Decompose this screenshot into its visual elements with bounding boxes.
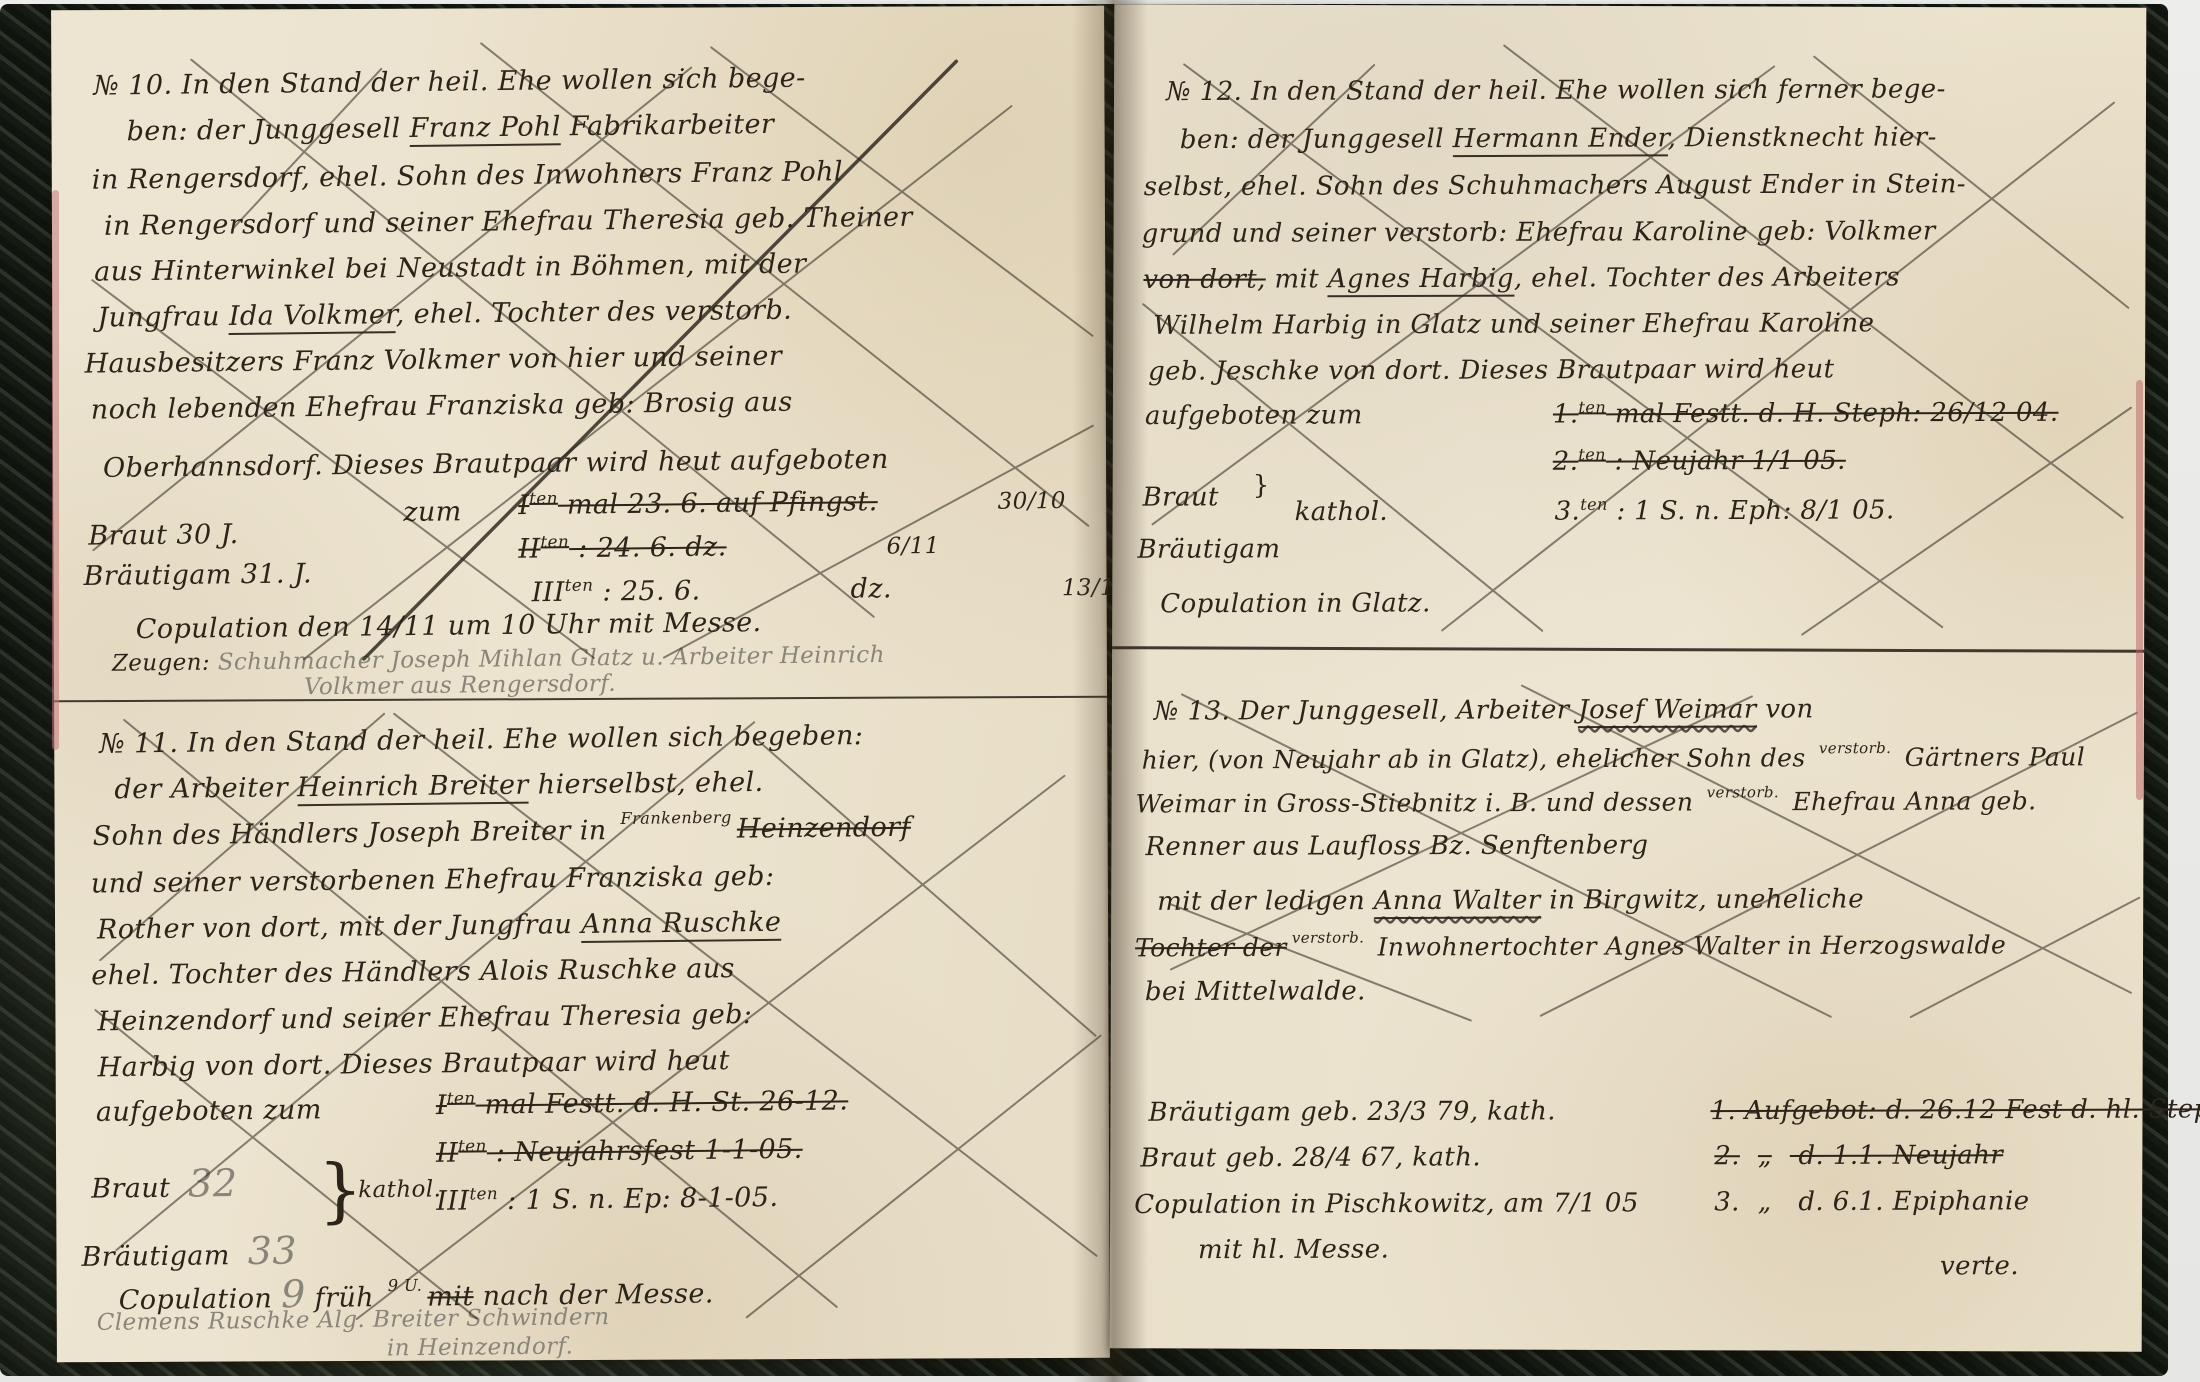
- banns-row-2: 2.ten : Neujahr 1/1 05.: [1553, 444, 1846, 477]
- banns-row-3: 3.ten : 1 S. n. Eph: 8/1 05.: [1555, 494, 1895, 527]
- pencil-note-2: in Heinzendorf.: [387, 1333, 574, 1361]
- handwritten-line: grund und seiner verstorb: Ehefrau Karol…: [1142, 216, 1936, 249]
- text-segment: ten: [1580, 495, 1608, 514]
- handwritten-line: mit der ledigen Anna Walter in Birgwitz,…: [1157, 884, 1864, 916]
- text-segment: 1.: [1553, 399, 1579, 429]
- text-segment: kathol.: [358, 1176, 441, 1203]
- handwritten-line: aufgeboten zum: [1145, 400, 1363, 431]
- text-segment: in Birgwitz, uneheliche: [1541, 884, 1864, 915]
- bride-name: Agnes Harbig: [1328, 264, 1514, 298]
- inserted-text: Frankenberg: [620, 808, 732, 828]
- mass-note: mit hl. Messe.: [1198, 1235, 1389, 1266]
- handwritten-line: Hausbesitzers Franz Volkmer von hier und…: [84, 341, 782, 380]
- text-segment: ten: [565, 575, 594, 595]
- text-segment: mit: [1266, 264, 1328, 294]
- text-segment: , ehel. Tochter des Arbeiters: [1514, 262, 1900, 293]
- handwritten-line: Tochter derverstorb. Inwohnertochter Agn…: [1135, 930, 2006, 962]
- text-segment: grund und seiner verstorb: Ehefrau Karol…: [1142, 216, 1936, 249]
- bride-name: Ida Volkmer: [229, 299, 396, 335]
- text-segment: d. 6.1. Epiphanie: [1790, 1186, 2030, 1217]
- bride-birthdate: Braut geb. 28/4 67, kath.: [1140, 1142, 1481, 1173]
- copulation-line: Copulation den 14/11 um 10 Uhr mit Messe…: [136, 607, 762, 645]
- banns-row-1: Iten mal 23. 6. auf Pfingst.30/10: [518, 482, 1066, 521]
- text-segment: 2.: [1714, 1141, 1740, 1171]
- text-segment: aus Hinterwinkel bei Neustadt in Böhmen,…: [94, 249, 806, 288]
- text-segment: selbst, ehel. Sohn des Schuhmachers Augu…: [1144, 169, 1966, 202]
- banns-row-1: 1. Aufgebot: d. 26.12 Fest d. hl. Steph.: [1710, 1094, 2200, 1126]
- text-segment: 3.: [1714, 1187, 1740, 1217]
- handwritten-line: ben: der Junggesell Hermann Ender, Diens…: [1180, 122, 1937, 155]
- text-segment: Jungfrau: [97, 301, 229, 333]
- handwritten-line: und seiner verstorbenen Ehefrau Franzisk…: [91, 861, 775, 900]
- handwritten-line: Sohn des Händlers Joseph Breiter in Fran…: [92, 812, 911, 852]
- text-segment: Renner aus Laufloss Bz. Senftenberg: [1145, 830, 1648, 862]
- text-segment: Wilhelm Harbig in Glatz und seiner Ehefr…: [1153, 308, 1874, 341]
- handwritten-line: Heinzendorf und seiner Ehefrau Theresia …: [97, 999, 752, 1037]
- text-segment: : Neujahr 1/1 05.: [1606, 445, 1846, 476]
- inserted-text: 9 U.: [388, 1276, 423, 1295]
- text-segment: mit der ledigen: [1157, 886, 1374, 917]
- handwritten-line: Renner aus Laufloss Bz. Senftenberg: [1145, 830, 1648, 862]
- handwritten-line: № 11. In den Stand der heil. Ehe wollen …: [99, 720, 863, 760]
- handwritten-line: № 13. Der Junggesell, Arbeiter Josef Wei…: [1154, 694, 1814, 726]
- groom-age: Bräutigam33: [81, 1228, 297, 1274]
- bride-age: Braut 30 J.: [88, 519, 239, 552]
- struck-text: Tochter der: [1135, 933, 1287, 963]
- handwritten-line: Harbig von dort. Dieses Brautpaar wird h…: [98, 1045, 731, 1083]
- text-segment: I: [518, 490, 529, 521]
- text-segment: ten: [540, 531, 569, 551]
- ditto-mark: „: [1758, 1141, 1772, 1171]
- text-segment: ben: der Junggesell: [1180, 124, 1453, 155]
- groom-birthdate: Bräutigam geb. 23/3 79, kath.: [1148, 1096, 1555, 1127]
- handwritten-line: № 10. In den Stand der heil. Ehe wollen …: [93, 63, 806, 102]
- bride-label: Braut: [1143, 482, 1219, 512]
- text-segment: : 1 S. n. Eph: 8/1 05.: [1608, 495, 1895, 526]
- text-segment: in Rengersdorf, ehel. Sohn des Inwohners…: [92, 156, 843, 196]
- text-segment: Bräutigam 31. J.: [83, 558, 312, 592]
- groom-name: Josef Weimar: [1578, 695, 1757, 729]
- groom-name: Hermann Ender: [1453, 123, 1668, 157]
- struck-text: von dort,: [1143, 265, 1265, 295]
- pencil-text: Volkmer aus Rengersdorf.: [304, 671, 616, 701]
- text-segment: № 11. In den Stand der heil. Ehe wollen …: [99, 720, 863, 760]
- struck-text: Iten mal 23. 6. auf Pfingst.: [518, 486, 878, 521]
- date-fraction: 30/10: [998, 488, 1066, 515]
- pencil-text: Clemens Ruschke Alg. Breiter Schwindern: [97, 1304, 610, 1336]
- banns-row-2: IIten : Neujahrsfest 1-1-05.: [436, 1132, 803, 1169]
- banns-row-2: IIten : 24. 6. dz.6/11: [518, 527, 940, 565]
- right-page: № 12. In den Stand der heil. Ehe wollen …: [1110, 4, 2147, 1352]
- couple-brace: }: [318, 1155, 364, 1226]
- text-segment: hierselbst, ehel.: [529, 767, 764, 801]
- date-fraction: 6/11: [886, 533, 939, 560]
- handwritten-line: ben: der Junggesell Franz Pohl Fabrikarb…: [126, 109, 774, 147]
- text-segment: 2.: [1553, 446, 1579, 476]
- text-segment: aufgeboten zum: [1145, 400, 1363, 431]
- bride-name: Anna Ruschke: [581, 907, 782, 943]
- inserted-text: verstorb.: [1707, 783, 1779, 801]
- handwritten-line: in Rengersdorf, ehel. Sohn des Inwohners…: [92, 156, 843, 196]
- handwritten-line: von dort, mit Agnes Harbig, ehel. Tochte…: [1143, 262, 1900, 295]
- text-segment: bei Mittelwalde.: [1145, 976, 1366, 1007]
- text-segment: Harbig von dort. Dieses Brautpaar wird h…: [98, 1045, 731, 1083]
- handwritten-line: noch lebenden Ehefrau Franziska geb: Bro…: [91, 387, 793, 426]
- left-page: № 10. In den Stand der heil. Ehe wollen …: [51, 6, 1110, 1363]
- struck-text: Iten mal Festt. d. H. St. 26-12.: [436, 1085, 849, 1121]
- text-segment: ten: [447, 1088, 476, 1108]
- bride-age: Braut32: [91, 1161, 238, 1207]
- groom-age: Bräutigam 31. J.: [83, 558, 312, 592]
- text-segment: mal 23. 6. auf Pfingst.: [558, 486, 878, 521]
- text-segment: ten: [529, 488, 558, 508]
- handwritten-line: aufgeboten zum: [96, 1094, 322, 1128]
- text-segment: Braut 30 J.: [88, 519, 239, 552]
- pencil-age: 33: [248, 1228, 298, 1273]
- text-segment: hier, (von Neujahr ab in Glatz), ehelich…: [1142, 743, 1814, 774]
- pencil-age: 32: [188, 1161, 238, 1206]
- groom-name: Heinrich Breiter: [297, 770, 529, 807]
- text-segment: und seiner verstorbenen Ehefrau Franzisk…: [91, 861, 775, 900]
- text-segment: von: [1757, 694, 1814, 724]
- text-segment: mal Festt. d. H. Steph: 26/12 04.: [1606, 397, 2058, 429]
- handwritten-line: der Arbeiter Heinrich Breiter hierselbst…: [114, 767, 763, 805]
- bride-name: Anna Walter: [1374, 885, 1541, 919]
- text-segment: № 13. Der Junggesell, Arbeiter: [1154, 695, 1578, 726]
- book-spread-photo: № 10. In den Stand der heil. Ehe wollen …: [0, 0, 2200, 1382]
- handwritten-line: aus Hinterwinkel bei Neustadt in Böhmen,…: [94, 249, 806, 288]
- handwritten-line: Wilhelm Harbig in Glatz und seiner Ehefr…: [1153, 308, 1874, 341]
- struck-text: Heinzendorf: [737, 812, 911, 845]
- inserted-text: verstorb.: [1292, 928, 1364, 946]
- handwritten-line: geb. Jeschke von dort. Dieses Brautpaar …: [1148, 354, 1835, 386]
- text-segment: Hausbesitzers Franz Volkmer von hier und…: [84, 341, 782, 380]
- couple-brace: }: [1253, 473, 1270, 499]
- text-segment: d. 1.1. Neujahr: [1790, 1140, 2003, 1171]
- banns-row-2: 2.„ d. 1.1. Neujahr: [1714, 1140, 2003, 1171]
- text-segment: }: [1253, 471, 1270, 501]
- text-segment: Braut: [1143, 482, 1219, 512]
- text-segment: : Neujahrsfest 1-1-05.: [487, 1134, 803, 1169]
- text-segment: : 25. 6.: [593, 575, 701, 607]
- text-segment: Rother von dort, mit der Jungfrau: [97, 909, 581, 945]
- struck-text: 2.ten : Neujahr 1/1 05.: [1553, 445, 1846, 476]
- text-segment: verte.: [1940, 1251, 2019, 1281]
- text-segment: Copulation in Pischkowitz, am 7/1 05: [1134, 1188, 1639, 1220]
- text-segment: der Arbeiter: [114, 772, 297, 805]
- pencil-note: Clemens Ruschke Alg. Breiter Schwindern: [97, 1304, 610, 1336]
- text-segment: ten: [1578, 445, 1606, 464]
- text-segment: ten: [458, 1135, 487, 1155]
- text-segment: ehel. Tochter des Händlers Alois Ruschke…: [91, 953, 735, 991]
- text-segment: }: [318, 1149, 364, 1232]
- text-segment: Braut geb. 28/4 67, kath.: [1140, 1142, 1481, 1173]
- banns-row-3: 3.„ d. 6.1. Epiphanie: [1714, 1186, 2029, 1217]
- struck-text: 1.ten mal Festt. d. H. Steph: 26/12 04.: [1553, 397, 2059, 429]
- text-segment: III: [531, 577, 565, 608]
- text-segment: Bräutigam: [81, 1240, 230, 1273]
- text-segment: Zeugen:: [112, 650, 218, 677]
- text-segment: № 10. In den Stand der heil. Ehe wollen …: [93, 63, 806, 102]
- witnesses-line-2: Volkmer aus Rengersdorf.: [304, 671, 616, 701]
- text-segment: 3.: [1555, 496, 1581, 526]
- text-segment: Braut: [91, 1173, 170, 1205]
- copulation-line: Copulation in Pischkowitz, am 7/1 05: [1134, 1188, 1639, 1220]
- banns-row-1: Iten mal Festt. d. H. St. 26-12.: [436, 1083, 849, 1121]
- banns-row-3: IIIten : 1 S. n. Ep: 8-1-05.: [436, 1180, 778, 1217]
- ditto-mark: „: [1758, 1187, 1772, 1217]
- handwritten-line: № 12. In den Stand der heil. Ehe wollen …: [1166, 74, 1946, 107]
- text-segment: Heinzendorf und seiner Ehefrau Theresia …: [97, 999, 752, 1037]
- entry-divider: [1112, 646, 2144, 653]
- groom-name: Franz Pohl: [409, 111, 561, 147]
- text-segment: , Dienstknecht hier-: [1668, 122, 1937, 153]
- text-segment: dz.: [850, 573, 892, 604]
- struck-text: IIten : 24. 6. dz.: [518, 531, 727, 564]
- text-segment: aufgeboten zum: [96, 1094, 322, 1128]
- pencil-text: in Heinzendorf.: [387, 1333, 574, 1361]
- text-segment: geb. Jeschke von dort. Dieses Brautpaar …: [1148, 354, 1835, 386]
- banns-row-1: 1.ten mal Festt. d. H. Steph: 26/12 04.: [1553, 396, 2059, 429]
- text-segment: Gärtners Paul: [1896, 742, 2085, 772]
- text-segment: II: [518, 533, 540, 564]
- text-segment: Copulation den 14/11 um 10 Uhr mit Messe…: [136, 607, 762, 645]
- handwritten-line: hier, (von Neujahr ab in Glatz), ehelich…: [1142, 742, 2085, 774]
- text-segment: № 12. In den Stand der heil. Ehe wollen …: [1166, 74, 1946, 107]
- text-segment: I: [436, 1090, 447, 1121]
- groom-label: Bräutigam: [1137, 534, 1280, 564]
- inserted-text: verstorb.: [1819, 738, 1891, 756]
- handwritten-line: bei Mittelwalde.: [1145, 976, 1366, 1007]
- religion-note: kathol.: [358, 1176, 441, 1203]
- text-segment: , ehel. Tochter des verstorb.: [396, 295, 793, 330]
- handwritten-line: Jungfrau Ida Volkmer, ehel. Tochter des …: [97, 295, 792, 334]
- text-segment: Sohn des Händlers Joseph Breiter in: [92, 815, 615, 852]
- struck-text: IIten : Neujahrsfest 1-1-05.: [436, 1134, 803, 1169]
- text-segment: mal Festt. d. H. St. 26-12.: [475, 1085, 848, 1120]
- handwritten-line: Oberhannsdorf. Dieses Brautpaar wird heu…: [103, 444, 889, 484]
- text-segment: Ehefrau Anna geb.: [1784, 786, 2036, 816]
- text-segment: Bräutigam geb. 23/3 79, kath.: [1148, 1096, 1555, 1127]
- handwritten-line: zum: [403, 496, 462, 528]
- text-segment: : 24. 6. dz.: [569, 531, 727, 564]
- text-segment: Copulation in Glatz.: [1160, 588, 1431, 619]
- text-segment: Weimar in Gross-Stiebnitz i. B. und dess…: [1136, 787, 1702, 818]
- text-segment: ben: der Junggesell: [126, 113, 409, 147]
- text-segment: zum: [403, 496, 462, 528]
- verte-note: verte.: [1940, 1251, 2019, 1281]
- religion-note: kathol.: [1295, 497, 1389, 527]
- text-segment: Oberhannsdorf. Dieses Brautpaar wird heu…: [103, 444, 889, 484]
- text-segment: Bräutigam: [1137, 534, 1280, 564]
- text-segment: mit hl. Messe.: [1198, 1235, 1389, 1266]
- handwritten-line: ehel. Tochter des Händlers Alois Ruschke…: [91, 953, 735, 991]
- text-segment: ten: [469, 1183, 498, 1203]
- handwritten-line: in Rengersdorf und seiner Ehefrau Theres…: [104, 202, 913, 242]
- text-segment: Fabrikarbeiter: [561, 109, 775, 142]
- banns-row-3: IIIten : 25. 6.dz.13/11: [531, 569, 1130, 609]
- text-segment: in Rengersdorf und seiner Ehefrau Theres…: [104, 202, 913, 242]
- page-edge-tint: [2136, 380, 2143, 800]
- text-segment: : 1 S. n. Ep: 8-1-05.: [498, 1182, 779, 1216]
- struck-text: 2.„ d. 1.1. Neujahr: [1714, 1140, 2003, 1171]
- page-edge-tint: [52, 190, 59, 750]
- text-segment: ten: [1578, 397, 1606, 416]
- handwritten-line: selbst, ehel. Sohn des Schuhmachers Augu…: [1144, 169, 1966, 202]
- text-segment: kathol.: [1295, 497, 1389, 527]
- struck-text: 1. Aufgebot: d. 26.12 Fest d. hl. Steph.: [1710, 1094, 2200, 1126]
- text-segment: noch lebenden Ehefrau Franziska geb: Bro…: [91, 387, 793, 426]
- handwritten-line: Rother von dort, mit der Jungfrau Anna R…: [97, 907, 782, 946]
- handwritten-line: Weimar in Gross-Stiebnitz i. B. und dess…: [1136, 786, 2037, 818]
- text-segment: II: [436, 1138, 458, 1169]
- copulation-line: Copulation in Glatz.: [1160, 588, 1431, 619]
- text-segment: Inwohnertochter Agnes Walter in Herzogsw…: [1369, 930, 2006, 961]
